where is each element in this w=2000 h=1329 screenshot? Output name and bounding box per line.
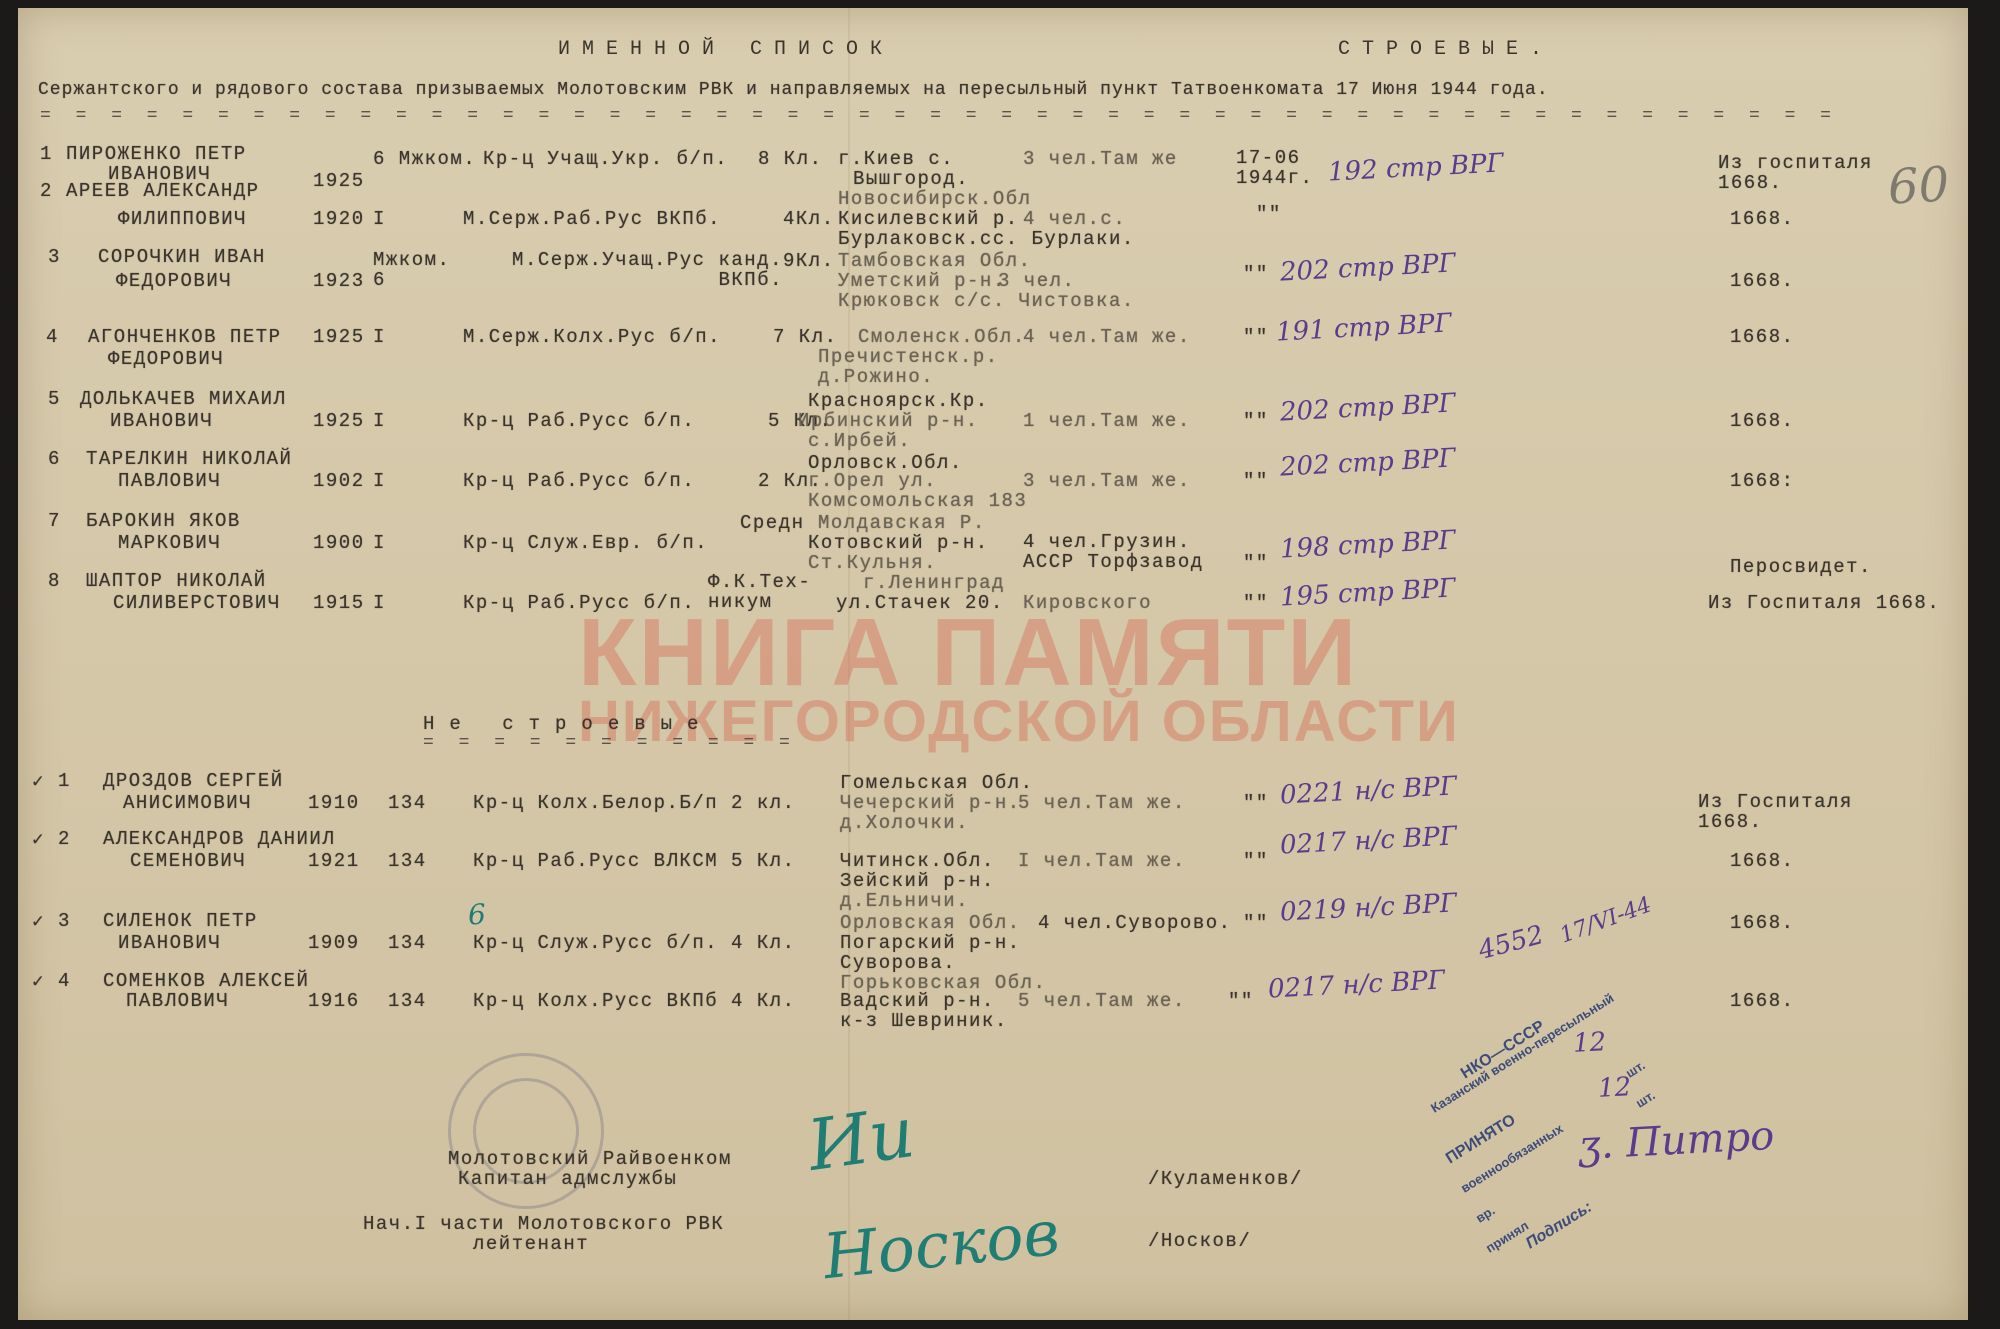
person-name: БАРОКИН ЯКОВ [86, 510, 241, 532]
address-line: Погарский р-н. [840, 932, 1021, 954]
address-line: Читинск.Обл. [840, 850, 995, 872]
handwritten-count: 12 [1597, 1072, 1632, 1104]
fitness-category: I [373, 592, 386, 614]
person-name: АГОНЧЕНКОВ ПЕТР [88, 326, 282, 348]
person-name: АЛЕКСАНДРОВ ДАНИИЛ [103, 828, 335, 850]
section-heading-noncombat: Не строевые [423, 713, 713, 735]
address-line: Вышгород. [853, 168, 969, 190]
family-info: 1 чел.Там же. [1023, 410, 1191, 432]
address-line: г.Ленинград [863, 572, 1005, 594]
rank-social-info: М.Серж.Учащ.Рус канд. ВКПб. [463, 250, 783, 290]
fitness-category: I [373, 410, 386, 432]
fitness-category: 134 [388, 990, 427, 1012]
archival-document: ИМЕННОЙ СПИСОК СТРОЕВЫЕ. Сержантского и … [18, 8, 1968, 1320]
birth-year: 1925 [313, 326, 365, 348]
address-line: Гомельская Обл. [840, 772, 1034, 794]
handwritten-unit: 202 стр ВРГ [1279, 388, 1456, 427]
handwritten-unit: 192 стр ВРГ [1327, 148, 1504, 187]
fitness-category: 6 Мжком. [373, 148, 476, 170]
row-number: 2 [58, 828, 71, 850]
note: 1668: [1730, 470, 1795, 492]
note: 1668. [1730, 410, 1795, 432]
person-patronymic: ПАВЛОВИЧ [118, 470, 221, 492]
dispatch-date: "" [1243, 326, 1269, 348]
birth-year: 1925 [313, 410, 365, 432]
birth-year: 1902 [313, 470, 365, 492]
education: 7 Кл. [773, 326, 838, 348]
fitness-category: 134 [388, 932, 427, 954]
person-patronymic: АНИСИМОВИЧ [123, 792, 252, 814]
address-line: Молдавская Р. [818, 512, 986, 534]
person-name: ДРОЗДОВ СЕРГЕЙ [103, 770, 284, 792]
rank-social-info: Кр-ц Раб.Русс ВЛКСМ 5 Кл. [473, 850, 796, 872]
family-info: 3 чел.Там же [1023, 148, 1178, 170]
birth-year: 1925 [313, 170, 365, 192]
handwritten-unit: 0219 н/с ВРГ [1279, 888, 1457, 927]
birth-year: 1920 [313, 208, 365, 230]
signatory-2-title: Нач.I части Молотовского РВК [363, 1213, 724, 1235]
address-line: Ирбинский р-н. [798, 410, 979, 432]
handwritten-unit: 0217 н/с ВРГ [1279, 821, 1457, 860]
education: Средн [740, 512, 805, 534]
address-line: с.Ирбей. [808, 430, 911, 452]
education: 9Кл. [783, 250, 835, 272]
address-line: Вадский р-н. [840, 990, 995, 1012]
family-info: 3 чел.Там же. [1023, 470, 1191, 492]
address-line: Чечерский р-н. [840, 792, 1021, 814]
family-info: 5 чел.Там же. [1018, 792, 1186, 814]
rank-social-info: М.Серж.Раб.Рус ВКПб. [463, 208, 721, 230]
row-number: 3 [58, 910, 71, 932]
dispatch-date: "" [1243, 912, 1269, 934]
check-mark-icon: ✓ [32, 910, 45, 933]
row-number: 2 [40, 180, 53, 202]
address-line: Орловская Обл. [840, 912, 1021, 934]
education: 8 Кл. [758, 148, 823, 170]
handwritten-date: 17/VI-44 [1557, 892, 1655, 948]
fitness-category: I [373, 470, 386, 492]
handwritten-signature-2: Носков [820, 1196, 1063, 1293]
address-line: Зейский р-н. [840, 870, 995, 892]
address-line: д.Ельничи. [840, 890, 969, 912]
note: Перосвидет. [1730, 556, 1872, 578]
check-mark-icon: ✓ [32, 770, 45, 793]
row-number: 7 [48, 510, 61, 532]
address-line: д.Рожино. [818, 366, 934, 388]
address-line: Тамбовская Обл. [838, 250, 1032, 272]
page-number-handwritten: 60 [1887, 156, 1951, 215]
handwritten-count: 12 [1572, 1027, 1607, 1059]
teal-mark: 6 [467, 898, 487, 932]
family-info: 4 чел.Там же. [1023, 326, 1191, 348]
title-right: СТРОЕВЫЕ. [1338, 38, 1554, 61]
dispatch-date: "" [1243, 470, 1269, 492]
family-info: 4 чел.Грузин. АССР Торфзавод [1023, 532, 1253, 572]
person-patronymic: ФЕДОРОВИЧ [108, 348, 224, 370]
stamp-text: Подпись: [1523, 1199, 1596, 1254]
dispatch-date: "" [1243, 552, 1269, 574]
birth-year: 1921 [308, 850, 360, 872]
row-number: 3 [48, 246, 61, 268]
address-line: Крюковск с/с. Чистовка. [838, 290, 1135, 312]
address-line: Кисилевский р. [838, 208, 1019, 230]
person-patronymic: СЕМЕНОВИЧ [130, 850, 246, 872]
row-number: 1 [58, 770, 71, 792]
handwritten-number: 4552 [1475, 920, 1547, 966]
handwritten-unit: 202 стр ВРГ [1279, 443, 1456, 482]
note: 1668. [1730, 270, 1795, 292]
person-patronymic: ФИЛИППОВИЧ [118, 208, 247, 230]
note: 1668. [1730, 850, 1795, 872]
fitness-category: I [373, 532, 386, 554]
birth-year: 1923 [313, 270, 365, 292]
rank-social-info: Кр-ц Служ.Русс б/п. 4 Кл. [473, 932, 796, 954]
person-patronymic: МАРКОВИЧ [118, 532, 221, 554]
fitness-category: 134 [388, 850, 427, 872]
dispatch-date: "" [1256, 203, 1282, 225]
family-info: 5 чел.Там же. [1018, 990, 1186, 1012]
signatory-1-rank: Капитан адмслужбы [458, 1168, 677, 1190]
person-name: СОМЕНКОВ АЛЕКСЕЙ [103, 970, 309, 992]
rank-social-info: Кр-ц Колх.Белор.Б/п 2 кл. [473, 792, 796, 814]
row-number: 4 [58, 970, 71, 992]
receiver-signature: ʒ. Питро [1577, 1113, 1775, 1169]
person-name: ДОЛЬКАЧЕВ МИХАИЛ [80, 388, 286, 410]
address-line: г.Киев с. [838, 148, 954, 170]
note: 1668. [1730, 912, 1795, 934]
check-mark-icon: ✓ [32, 970, 45, 993]
person-name: СОРОЧКИН ИВАН [98, 246, 266, 268]
birth-year: 1910 [308, 792, 360, 814]
family-info: 3 чел. [998, 270, 1075, 292]
note: 1668. [1730, 208, 1795, 230]
dispatch-date: "" [1243, 792, 1269, 814]
stamp-text: шт. [1633, 1088, 1658, 1111]
birth-year: 1900 [313, 532, 365, 554]
row-number: 1 [40, 143, 53, 165]
separator-line: = = = = = = = = = = = = = = = = = = = = … [40, 106, 1838, 126]
signatory-1-title: Молотовский Райвоенком [448, 1148, 732, 1170]
person-patronymic: ИВАНОВИЧ [110, 410, 213, 432]
handwritten-unit: 0221 н/с ВРГ [1279, 771, 1457, 810]
stamp-text: вр. [1473, 1203, 1498, 1226]
family-info: I чел.Там же. [1018, 850, 1186, 872]
subtitle: Сержантского и рядового состава призывае… [38, 80, 1549, 100]
note: Из Госпиталя 1668. [1708, 592, 1940, 614]
address-line: Красноярск.Кр. [808, 390, 989, 412]
handwritten-signature-1: Ии [803, 1091, 920, 1187]
address-line: Пречистенск.р. [818, 346, 999, 368]
handwritten-unit: 0217 н/с ВРГ [1267, 965, 1445, 1004]
row-number: 5 [48, 388, 61, 410]
note: 1668. [1730, 326, 1795, 348]
person-name: СИЛЕНОК ПЕТР [103, 910, 258, 932]
handwritten-unit: 191 стр ВРГ [1275, 308, 1452, 347]
fitness-category: 134 [388, 792, 427, 814]
family-info: 4 чел.Суворово. [1038, 912, 1232, 934]
row-number: 8 [48, 570, 61, 592]
rank-social-info: Кр-ц Учащ.Укр. б/п. [483, 148, 728, 170]
rank-social-info: Кр-ц Раб.Русс б/п. [463, 470, 695, 492]
rank-social-info: Кр-ц Служ.Евр. б/п. [463, 532, 708, 554]
title-left: ИМЕННОЙ СПИСОК [558, 38, 894, 61]
address-line: д.Холочки. [840, 812, 969, 834]
person-name: АРЕЕВ АЛЕКСАНДР [66, 180, 260, 202]
address-line: Котовский р-н. [808, 532, 989, 554]
person-name: ШАПТОР НИКОЛАЙ [86, 570, 267, 592]
address-line: Новосибирск.Обл [838, 188, 1032, 210]
signatory-1-name: /Куламенков/ [1148, 1168, 1303, 1190]
birth-year: 1909 [308, 932, 360, 954]
address-line: Уметский р-н. [838, 270, 1006, 292]
handwritten-unit: 202 стр ВРГ [1279, 248, 1456, 287]
person-patronymic: СИЛИВЕРСТОВИЧ [113, 592, 281, 614]
fitness-category: I [373, 326, 386, 348]
dispatch-date: "" [1243, 410, 1269, 432]
dispatch-date: "" [1243, 263, 1269, 285]
address-line: Ст.Кульня. [808, 552, 937, 574]
fitness-category: Мжком. 6 [373, 250, 453, 290]
handwritten-unit: 198 стр ВРГ [1279, 525, 1456, 564]
signatory-2-rank: лейтенант [473, 1233, 589, 1255]
address-line: Комсомольская 183 [808, 490, 1027, 512]
note: 1668. [1730, 990, 1795, 1012]
person-patronymic: ПАВЛОВИЧ [126, 990, 229, 1012]
check-mark-icon: ✓ [32, 828, 45, 851]
dispatch-date: 17-06 1944г. [1236, 148, 1326, 188]
address-line: г.Орел ул. [808, 470, 937, 492]
row-number: 4 [46, 326, 59, 348]
rank-social-info: Кр-ц Раб.Русс б/п. [463, 410, 695, 432]
person-patronymic: ИВАНОВИЧ [118, 932, 221, 954]
person-patronymic: ФЕДОРОВИЧ [116, 270, 232, 292]
section-underline: = = = = = = = = = = = [423, 733, 797, 753]
signatory-2-name: /Носков/ [1148, 1230, 1251, 1252]
education: 4Кл. [783, 208, 835, 230]
person-name: ТАРЕЛКИН НИКОЛАЙ [86, 448, 292, 470]
dispatch-date: "" [1243, 850, 1269, 872]
birth-year: 1915 [313, 592, 365, 614]
address-line: Суворова. [840, 952, 956, 974]
note: Из Госпиталя 1668. [1698, 792, 1898, 832]
address-line: к-з Шевриник. [840, 1010, 1008, 1032]
fitness-category: I [373, 208, 386, 230]
family-info: 4 чел.с. [1023, 208, 1126, 230]
birth-year: 1916 [308, 990, 360, 1012]
dispatch-date: "" [1228, 990, 1254, 1012]
person-name: ПИРОЖЕНКО ПЕТР [66, 143, 247, 165]
address-line: Смоленск.Обл. [858, 326, 1026, 348]
rank-social-info: Кр-ц Колх.Русс ВКПб 4 Кл. [473, 990, 796, 1012]
row-number: 6 [48, 448, 61, 470]
address-line: Бурлаковск.сс. Бурлаки. [838, 228, 1135, 250]
rank-social-info: М.Серж.Колх.Рус б/п. [463, 326, 721, 348]
note: Из госпиталя 1668. [1718, 153, 1888, 193]
